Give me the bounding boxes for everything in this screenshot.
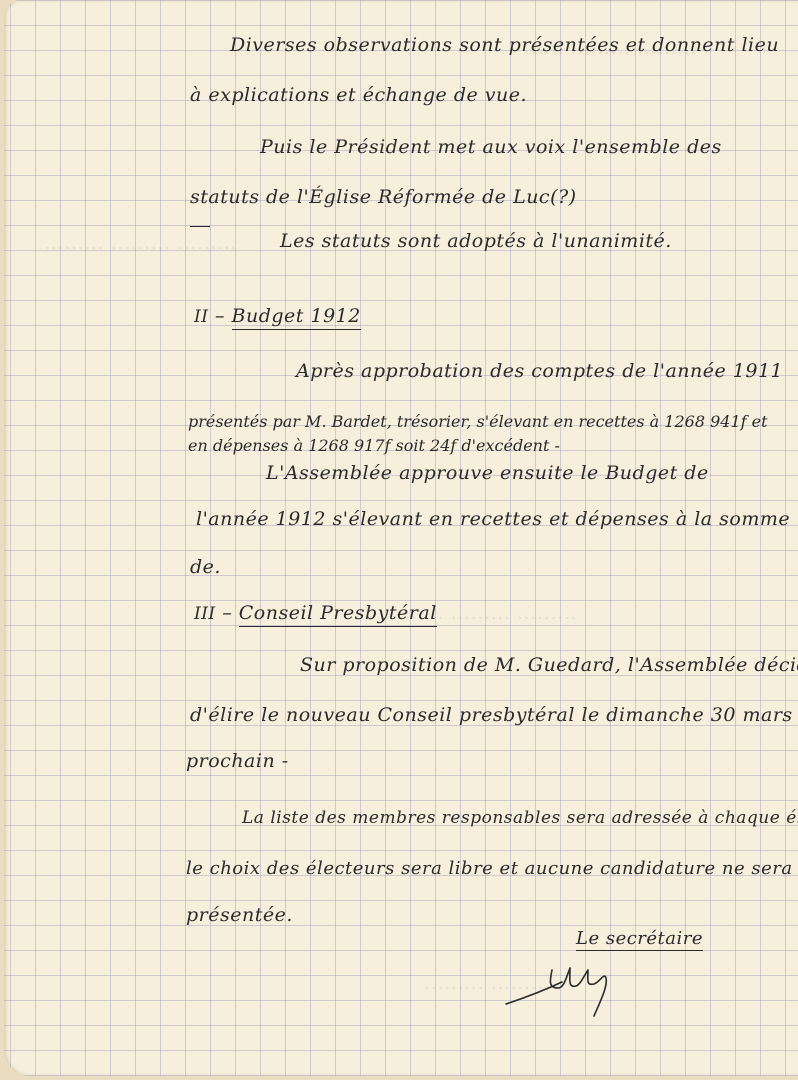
text-line: Les statuts sont adoptés à l'unanimité. [280, 230, 672, 252]
text-line: le choix des électeurs sera libre et auc… [186, 858, 793, 879]
text-line: présentée. [186, 904, 293, 926]
text-line: prochain - [186, 750, 289, 772]
text-line: Diverses observations sont présentées et… [230, 34, 779, 56]
text-line: en dépenses à 1268 917f soit 24f d'excéd… [188, 436, 560, 455]
dash-mark [190, 226, 210, 228]
text-line: L'Assemblée approuve ensuite le Budget d… [266, 462, 709, 484]
section-numeral: III [194, 604, 216, 624]
text-line: l'année 1912 s'élevant en recettes et dé… [196, 508, 790, 530]
section-title: Budget 1912 [232, 305, 361, 330]
section-heading-conseil: III – Conseil Presbytéral [194, 602, 437, 624]
text-line: présentés par M. Bardet, trésorier, s'él… [188, 412, 768, 431]
text-line: à explications et échange de vue. [190, 84, 527, 106]
text-line: Puis le Président met aux voix l'ensembl… [260, 136, 722, 158]
signature-icon [500, 958, 640, 1028]
signature-mark [500, 958, 640, 1028]
section-heading-budget: II – Budget 1912 [194, 305, 361, 327]
bleed-through-text: ……… ……… ……… [44, 230, 237, 254]
notebook-page: ……… ……… …… ……… ……… ……… ……… ……… ……… ……… …… [4, 0, 798, 1076]
text-line: Après approbation des comptes de l'année… [296, 360, 783, 382]
text-line: de. [190, 556, 221, 578]
text-line: d'élire le nouveau Conseil presbytéral l… [190, 704, 793, 726]
section-title: Conseil Presbytéral [239, 602, 437, 627]
text-line: statuts de l'Église Réformée de Luc(?) [190, 186, 577, 208]
section-numeral: II [194, 307, 208, 327]
text-line: Sur proposition de M. Guedard, l'Assembl… [300, 654, 798, 676]
signatory-label: Le secrétaire [576, 928, 703, 951]
text-line: La liste des membres responsables sera a… [242, 808, 798, 828]
